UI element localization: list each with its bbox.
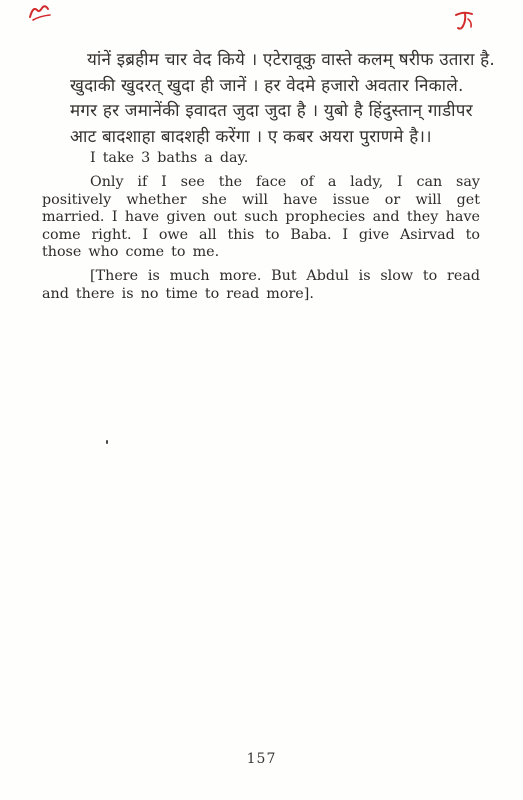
body-text: I take 3 baths a day. Only if I see the … bbox=[42, 150, 480, 310]
verse-line: यांनें इब्रहीम चार वेद किये । एटेरावूकु … bbox=[70, 48, 462, 74]
verse-line: खुदाकी खुदरत् खुदा ही जानें । हर वेदमे ह… bbox=[70, 74, 462, 100]
scanned-book-page: यांनें इब्रहीम चार वेद किये । एटेरावूकु … bbox=[0, 0, 523, 800]
paragraph-baths: I take 3 baths a day. bbox=[42, 150, 480, 167]
paragraph-prophecy: Only if I see the face of a lady, I can … bbox=[42, 174, 480, 261]
verse-line: आट बादशाहा बादशही करेंगा । ए कबर अयरा पु… bbox=[70, 125, 462, 151]
paragraph-editor-note: [There is much more. But Abdul is slow t… bbox=[42, 268, 480, 303]
devanagari-verse: यांनें इब्रहीम चार वेद किये । एटेरावूकु … bbox=[70, 48, 462, 150]
ink-speck bbox=[106, 440, 108, 444]
red-ink-mark-top-right bbox=[452, 9, 478, 33]
red-ink-mark-top-left bbox=[27, 2, 55, 24]
verse-line: मगर हर जमानेंकी इवादत जुदा जुदा है । युब… bbox=[70, 99, 462, 125]
page-number: 157 bbox=[0, 751, 523, 767]
